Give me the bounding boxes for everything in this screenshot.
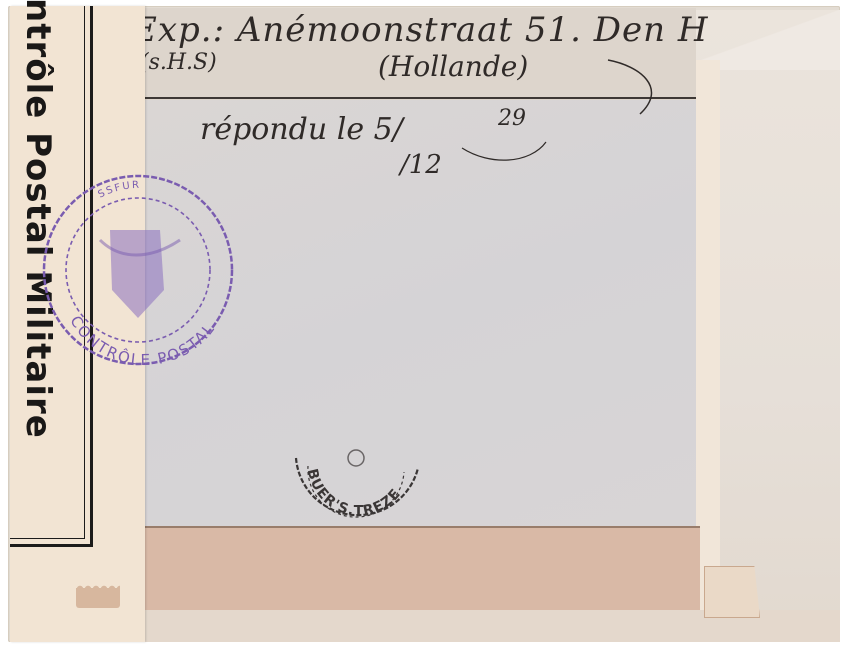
svg-text:CONTRÔLE POSTAL: CONTRÔLE POSTAL — [66, 313, 218, 370]
envelope-bottom-band — [140, 526, 700, 610]
reply-flourish — [460, 140, 550, 170]
censor-stamp: CONTRÔLE POSTAL SSFUR — [40, 170, 236, 370]
svg-text:SSFUR: SSFUR — [96, 180, 141, 201]
return-address-line3: (Hollande) — [378, 50, 528, 83]
censor-tape-perforated-tab — [76, 588, 120, 608]
return-address-line1: Exp.: Anémoonstraat 51. Den H — [132, 10, 708, 50]
address-bracket-stroke — [600, 58, 670, 118]
postmark: BUER'S.TREZE — [286, 418, 426, 526]
return-address-line2: (s.H.S) — [140, 50, 217, 75]
envelope-right-diagonal-fold — [700, 10, 840, 70]
shield-emblem-icon — [110, 230, 164, 318]
right-paper-tab — [704, 566, 760, 618]
reply-date-bottom: /12 — [400, 150, 442, 180]
reply-note: répondu le 5/ — [200, 112, 403, 147]
svg-text:BUER'S.TREZE: BUER'S.TREZE — [304, 467, 405, 519]
reply-date-top: 29 — [498, 106, 526, 131]
